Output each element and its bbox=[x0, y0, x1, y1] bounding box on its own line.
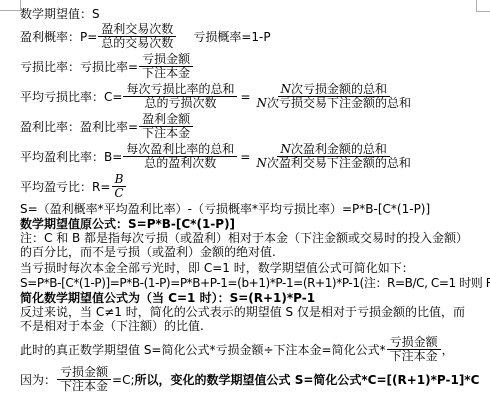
variable-c: C bbox=[111, 187, 126, 200]
fraction-profit-ratio: 盈利金额 下注本金 bbox=[139, 113, 193, 140]
line-profit-ratio: 盈利比率：盈利比率= 盈利金额 下注本金 bbox=[20, 112, 476, 141]
fraction-avg-profit-1: 每次盈利比率的总和 总的盈利次数 bbox=[123, 143, 237, 170]
fraction-avg-loss-1: 每次亏损比率的总和 总的亏损次数 bbox=[123, 83, 237, 110]
line-loss-ratio: 亏损比率：亏损比率= 亏损金额 下注本金 bbox=[20, 52, 476, 81]
fraction-loss-over-principal: 亏损金额 下注本金 bbox=[387, 336, 441, 363]
line-simplify-condition: 当亏损时每次本金全部亏光时，即 C=1 时，数学期望值公式可简化如下： bbox=[20, 261, 476, 275]
line-average-loss-ratio: 平均亏损比率：C= 每次亏损比率的总和 总的亏损次数 = N次亏损金额的总和 N… bbox=[20, 82, 476, 111]
margin-corner-mark-right bbox=[476, 0, 490, 12]
paragraph-conversely: 反过来说，当 C≠1 时，简化的公式表示的期望值 S 仅是相对于亏损金额的比值，… bbox=[20, 306, 476, 333]
variable-n: N bbox=[257, 96, 268, 110]
fraction-loss-ratio: 亏损金额 下注本金 bbox=[139, 53, 193, 80]
line-average-profit-ratio: 平均盈利比率：B= 每次盈利比率的总和 总的盈利次数 = N次盈利金额的总和 N… bbox=[20, 142, 476, 171]
margin-corner-mark-left bbox=[0, 0, 21, 11]
paragraph-note-c-b: 注：C 和 B 都是指每次亏损（或盈利）相对于本金（下注金额或交易时的投入金额）… bbox=[20, 232, 476, 259]
fraction-avg-profit-2: N次盈利金额的总和 N次盈利交易下注金额的总和 bbox=[253, 143, 414, 170]
line-simplified-formula: 简化数学期望值公式为（当 C=1 时）：S=(R+1)*P-1 bbox=[20, 291, 476, 305]
loss-probability-text: 亏损概率=1-P bbox=[193, 30, 270, 44]
variable-n: N bbox=[256, 156, 267, 170]
variable-n: N bbox=[280, 142, 291, 156]
fraction-avg-loss-2: N次亏损金额的总和 N次亏损交易下注金额的总和 bbox=[254, 83, 415, 110]
changed-formula-text: 所以，变化的数学期望值公式 S=简化公式*C=[(R+1)*P-1]*C bbox=[135, 373, 480, 387]
line-true-expected-value: 此时的真正数学期望值 S=简化公式*亏损金额÷下注本金=简化公式* 亏损金额 下… bbox=[20, 335, 476, 364]
document-body: 数学期望值：S 盈利概率：P= 盈利交易次数 总的交易次数 亏损概率=1-P 亏… bbox=[20, 7, 476, 395]
line-average-pl-ratio: 平均盈亏比：R= B C bbox=[20, 172, 476, 201]
line-original-formula: 数学期望值原公式：S=P*B-[C*(1-P)] bbox=[20, 217, 476, 231]
fraction-profit-probability: 盈利交易次数 总的交易次数 bbox=[98, 23, 176, 50]
line-expected-value-def: 数学期望值：S bbox=[20, 7, 476, 21]
line-conclusion: 因为： 亏损金额 下注本金 =C; 所以，变化的数学期望值公式 S=简化公式*C… bbox=[20, 365, 476, 394]
line-derivation: S=P*B-[C*(1-P)]=P*B-(1-P)=P*B+P-1=(b+1)*… bbox=[20, 276, 476, 290]
variable-b: B bbox=[112, 173, 127, 187]
line-s-expansion: S=（盈利概率*平均盈利比率）-（亏损概率*平均亏损比率）=P*B-[C*(1-… bbox=[20, 202, 476, 216]
variable-n: N bbox=[281, 82, 292, 96]
document-page: { "colors": { "text": "#000000", "backgr… bbox=[0, 0, 490, 402]
fraction-loss-over-principal: 亏损金额 下注本金 bbox=[57, 366, 111, 393]
line-profit-probability: 盈利概率：P= 盈利交易次数 总的交易次数 亏损概率=1-P bbox=[20, 22, 476, 51]
fraction-b-over-c: B C bbox=[111, 173, 126, 200]
